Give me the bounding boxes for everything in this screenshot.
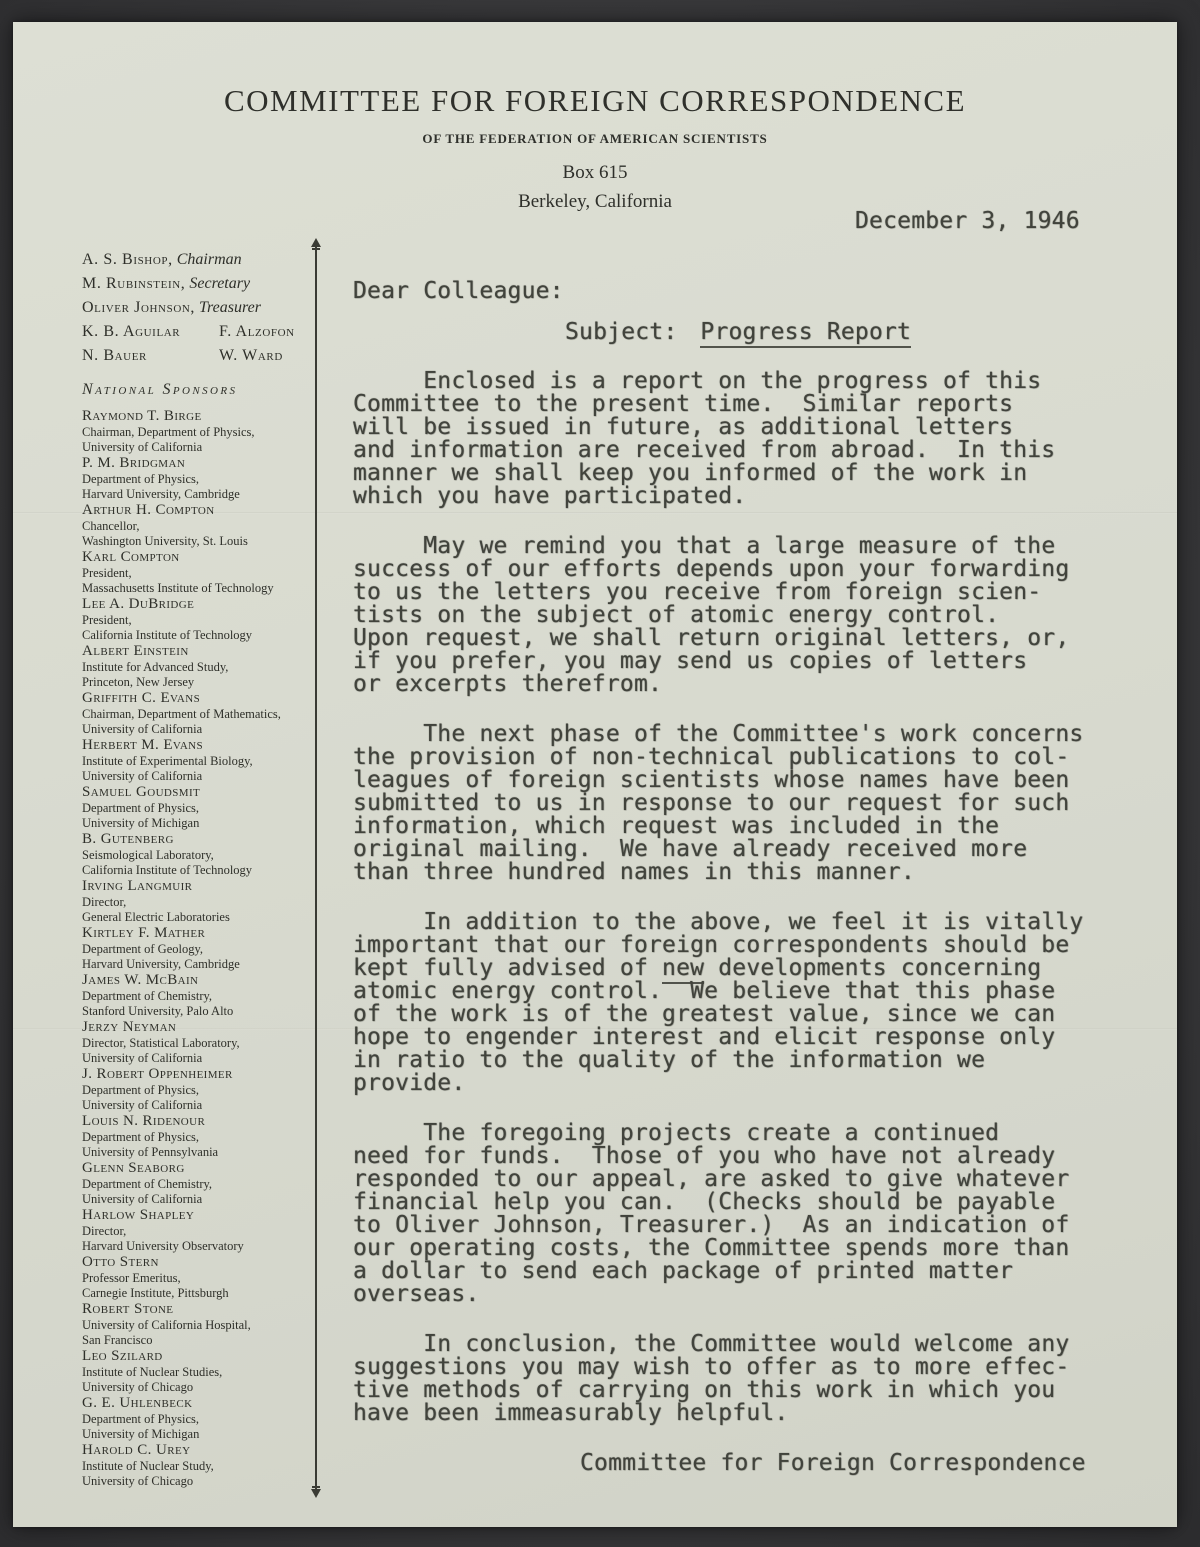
officer-row: M. Rubinstein, Secretary	[82, 272, 322, 296]
sponsor-name: Kirtley F. Mather	[82, 925, 322, 942]
sponsor-entry: Jerzy Neyman Director, Statistical Labor…	[82, 1019, 322, 1065]
member-name: N. Bauer	[82, 344, 215, 368]
sponsor-affiliation: Department of Chemistry, University of C…	[82, 1177, 322, 1206]
sponsor-affiliation: Department of Physics, University of Pen…	[82, 1130, 322, 1159]
sponsor-name: Herbert M. Evans	[82, 737, 322, 754]
sponsor-entry: Herbert M. Evans Institute of Experiment…	[82, 737, 322, 783]
sponsor-affiliation: Professor Emeritus, Carnegie Institute, …	[82, 1271, 322, 1300]
subject-line: Subject:Progress Report	[353, 321, 1125, 344]
sponsor-affiliation: Director, Statistical Laboratory, Univer…	[82, 1036, 322, 1065]
sponsor-affiliation: Director, General Electric Laboratories	[82, 895, 322, 924]
sponsor-entry: Arthur H. Compton Chancellor, Washington…	[82, 502, 322, 548]
rule-bottom-crossbar	[312, 1486, 320, 1488]
sponsor-entry: Leo Szilard Institute of Nuclear Studies…	[82, 1348, 322, 1394]
paragraph-4: In addition to the above, we feel it is …	[353, 911, 1125, 1095]
letter-body: Dear Colleague: Subject:Progress Report …	[353, 280, 1125, 1475]
subject-label: Subject:	[565, 319, 677, 345]
signature-line: Committee for Foreign Correspondence	[353, 1452, 1125, 1475]
sponsor-entry: Robert Stone University of California Ho…	[82, 1301, 322, 1347]
sponsor-name: Irving Langmuir	[82, 878, 322, 895]
paragraph-3: The next phase of the Committee's work c…	[353, 723, 1125, 884]
sponsor-entry: B. Gutenberg Seismological Laboratory, C…	[82, 831, 322, 877]
sponsor-name: Arthur H. Compton	[82, 502, 322, 519]
sponsor-entry: Irving Langmuir Director, General Electr…	[82, 878, 322, 924]
sponsor-affiliation: Director, Harvard University Observatory	[82, 1224, 322, 1253]
sponsor-entry: Harold C. Urey Institute of Nuclear Stud…	[82, 1442, 322, 1488]
sponsor-entry: Griffith C. Evans Chairman, Department o…	[82, 690, 322, 736]
rule-bottom-arrow	[311, 1489, 321, 1498]
sponsor-affiliation: Institute for Advanced Study, Princeton,…	[82, 660, 322, 689]
sponsor-entry: Albert Einstein Institute for Advanced S…	[82, 643, 322, 689]
sponsor-name: Otto Stern	[82, 1254, 322, 1271]
sponsor-affiliation: Department of Chemistry, Stanford Univer…	[82, 989, 322, 1018]
paragraph-2: May we remind you that a large measure o…	[353, 535, 1125, 696]
sponsor-affiliation: President, California Institute of Techn…	[82, 613, 322, 642]
sponsor-entry: Louis N. Ridenour Department of Physics,…	[82, 1113, 322, 1159]
rule-top-crossbar	[312, 248, 320, 250]
sponsor-name: B. Gutenberg	[82, 831, 322, 848]
sponsor-entry: Kirtley F. Mather Department of Geology,…	[82, 925, 322, 971]
sponsor-name: Jerzy Neyman	[82, 1019, 322, 1036]
paragraph-1: Enclosed is a report on the progress of …	[353, 370, 1125, 508]
officer-name: Oliver Johnson,	[82, 299, 195, 316]
sponsor-entry: Lee A. DuBridge President, California In…	[82, 596, 322, 642]
sponsor-affiliation: Department of Physics, University of Mic…	[82, 801, 322, 830]
sponsor-name: Leo Szilard	[82, 1348, 322, 1365]
sponsor-entry: P. M. Bridgman Department of Physics, Ha…	[82, 455, 322, 501]
sponsor-affiliation: University of California Hospital, San F…	[82, 1318, 322, 1347]
member-row: K. B. Aguilar F. Alzofon	[82, 320, 322, 344]
sponsor-entry: G. E. Uhlenbeck Department of Physics, U…	[82, 1395, 322, 1441]
paragraph-6: In conclusion, the Committee would welco…	[353, 1333, 1125, 1425]
sponsor-name: James W. McBain	[82, 972, 322, 989]
sponsor-name: Raymond T. Birge	[82, 408, 322, 425]
sponsor-affiliation: Chancellor, Washington University, St. L…	[82, 519, 322, 548]
sponsor-affiliation: Department of Physics, University of Mic…	[82, 1412, 322, 1441]
sponsor-name: Albert Einstein	[82, 643, 322, 660]
sponsor-entry: Otto Stern Professor Emeritus, Carnegie …	[82, 1254, 322, 1300]
sponsor-affiliation: Department of Physics, Harvard Universit…	[82, 472, 322, 501]
member-row: N. Bauer W. Ward	[82, 344, 322, 368]
sponsor-affiliation: President, Massachusetts Institute of Te…	[82, 566, 322, 595]
officer-row: A. S. Bishop, Chairman	[82, 248, 322, 272]
officer-name: M. Rubinstein,	[82, 275, 185, 292]
sponsor-entry: James W. McBain Department of Chemistry,…	[82, 972, 322, 1018]
member-name: W. Ward	[219, 347, 283, 364]
sponsor-name: J. Robert Oppenheimer	[82, 1066, 322, 1083]
member-name: K. B. Aguilar	[82, 320, 215, 344]
officer-role: Chairman	[177, 251, 242, 268]
organization-subtitle: OF THE FEDERATION OF AMERICAN SCIENTISTS	[13, 131, 1177, 147]
officer-row: Oliver Johnson, Treasurer	[82, 296, 322, 320]
sponsor-entry: Karl Compton President, Massachusetts In…	[82, 549, 322, 595]
officer-role: Treasurer	[199, 299, 261, 316]
sponsor-affiliation: Chairman, Department of Physics, Univers…	[82, 425, 322, 454]
sidebar-divider-rule	[315, 246, 317, 1490]
photo-background: COMMITTEE FOR FOREIGN CORRESPONDENCE OF …	[0, 0, 1200, 1547]
sponsor-name: Harlow Shapley	[82, 1207, 322, 1224]
rule-top-arrow	[311, 238, 321, 247]
sponsor-name: Glenn Seaborg	[82, 1160, 322, 1177]
sponsor-name: Griffith C. Evans	[82, 690, 322, 707]
sponsor-name: Louis N. Ridenour	[82, 1113, 322, 1130]
sponsor-entry: Raymond T. Birge Chairman, Department of…	[82, 408, 322, 454]
member-name: F. Alzofon	[219, 323, 295, 340]
sponsor-affiliation: Seismological Laboratory, California Ins…	[82, 848, 322, 877]
sponsor-affiliation: Institute of Nuclear Studies, University…	[82, 1365, 322, 1394]
officer-role: Secretary	[189, 275, 250, 292]
sponsor-name: Harold C. Urey	[82, 1442, 322, 1459]
sponsor-sidebar: A. S. Bishop, Chairman M. Rubinstein, Se…	[82, 248, 322, 1489]
sponsor-affiliation: Chairman, Department of Mathematics, Uni…	[82, 707, 322, 736]
sponsor-affiliation: Institute of Nuclear Study, University o…	[82, 1459, 322, 1488]
sponsor-name: Robert Stone	[82, 1301, 322, 1318]
subject-value: Progress Report	[700, 319, 911, 348]
sponsor-affiliation: Department of Geology, Harvard Universit…	[82, 942, 322, 971]
letterhead: COMMITTEE FOR FOREIGN CORRESPONDENCE OF …	[13, 84, 1177, 213]
sponsor-name: G. E. Uhlenbeck	[82, 1395, 322, 1412]
sponsor-affiliation: Department of Physics, University of Cal…	[82, 1083, 322, 1112]
paragraph-5: The foregoing projects create a continue…	[353, 1122, 1125, 1306]
letter-page: COMMITTEE FOR FOREIGN CORRESPONDENCE OF …	[13, 22, 1177, 1527]
sponsor-affiliation: Institute of Experimental Biology, Unive…	[82, 754, 322, 783]
sponsor-name: Karl Compton	[82, 549, 322, 566]
sponsor-name: Samuel Goudsmit	[82, 784, 322, 801]
address-box: Box 615	[13, 162, 1177, 184]
officer-name: A. S. Bishop,	[82, 251, 173, 268]
sponsor-entry: J. Robert Oppenheimer Department of Phys…	[82, 1066, 322, 1112]
sponsor-name: Lee A. DuBridge	[82, 596, 322, 613]
sponsor-entry: Glenn Seaborg Department of Chemistry, U…	[82, 1160, 322, 1206]
salutation: Dear Colleague:	[353, 280, 1125, 303]
sponsor-name: P. M. Bridgman	[82, 455, 322, 472]
sponsor-entry: Harlow Shapley Director, Harvard Univers…	[82, 1207, 322, 1253]
sponsor-entry: Samuel Goudsmit Department of Physics, U…	[82, 784, 322, 830]
organization-title: COMMITTEE FOR FOREIGN CORRESPONDENCE	[13, 84, 1177, 118]
sponsors-heading: National Sponsors	[82, 381, 322, 399]
date-line: December 3, 1946	[855, 208, 1080, 234]
